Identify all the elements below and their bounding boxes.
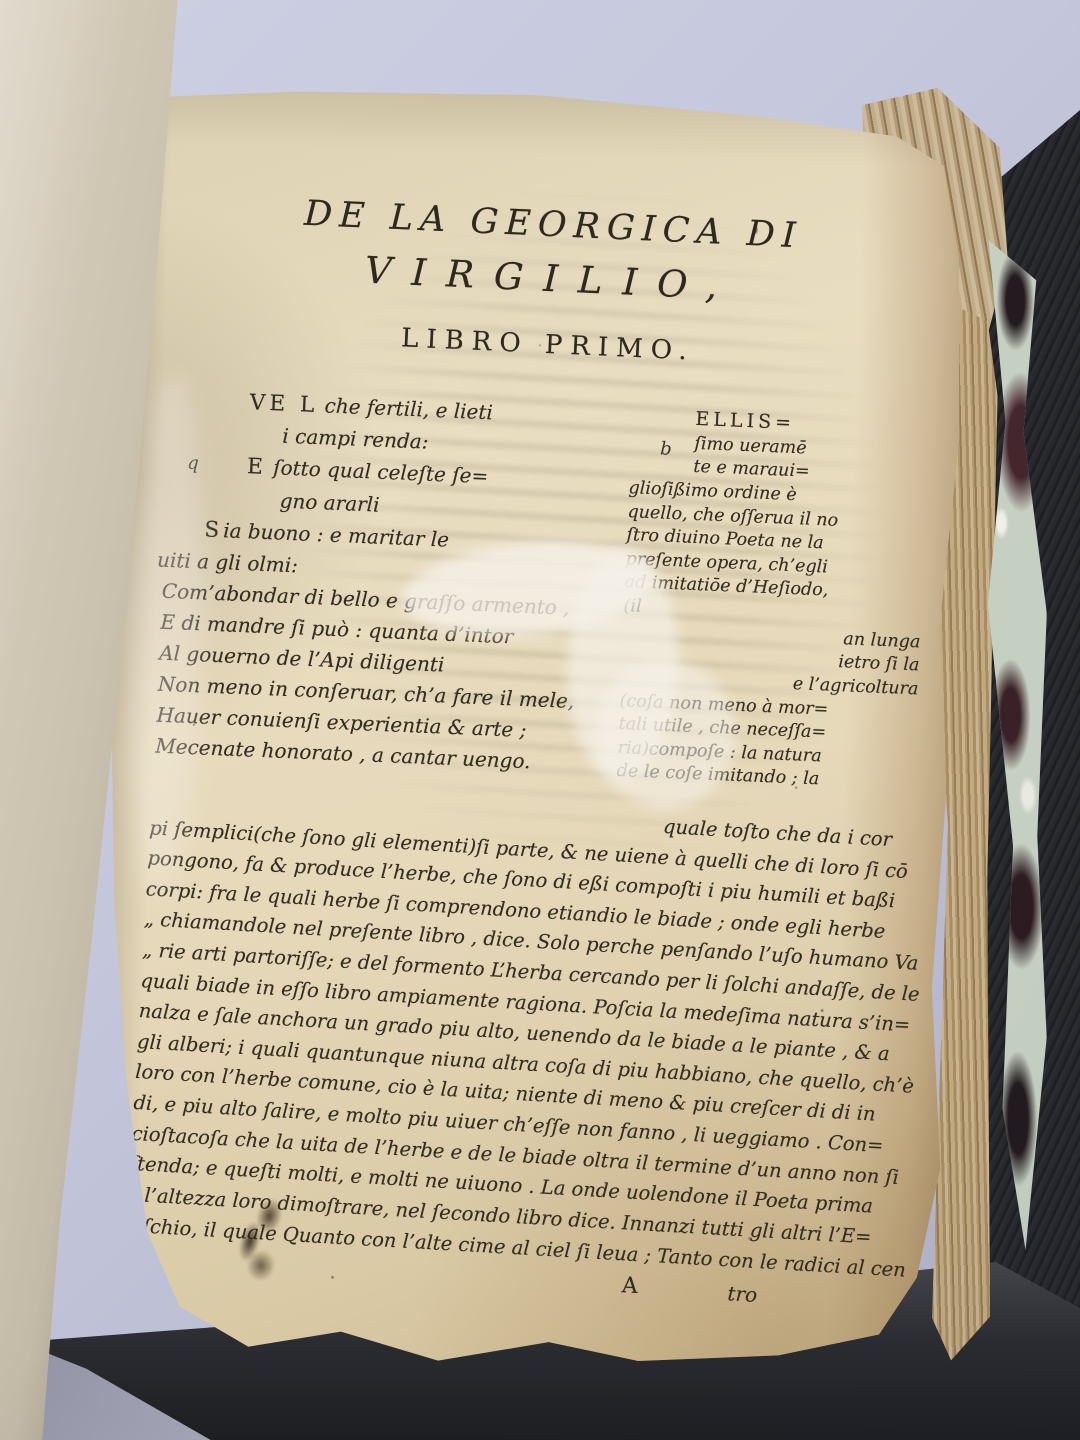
- catchword: tro: [727, 1281, 758, 1307]
- page-content: DE LA GEORGICA DI VIRGILIO, LIBRO PRIMO.…: [80, 82, 985, 1313]
- opening-capitals: S: [204, 517, 224, 543]
- opening-capitals: VE L: [249, 390, 319, 418]
- opening-capitals: E: [247, 455, 268, 481]
- page-title: DE LA GEORGICA DI VIRGILIO, LIBRO PRIMO.: [164, 188, 938, 378]
- book-photograph: DE LA GEORGICA DI VIRGILIO, LIBRO PRIMO.…: [0, 0, 1080, 1440]
- title-line-3: LIBRO PRIMO.: [164, 313, 933, 378]
- signature-mark: A: [621, 1273, 638, 1299]
- text-page: DE LA GEORGICA DI VIRGILIO, LIBRO PRIMO.…: [77, 82, 986, 1419]
- guide-letter-b: b: [660, 437, 673, 462]
